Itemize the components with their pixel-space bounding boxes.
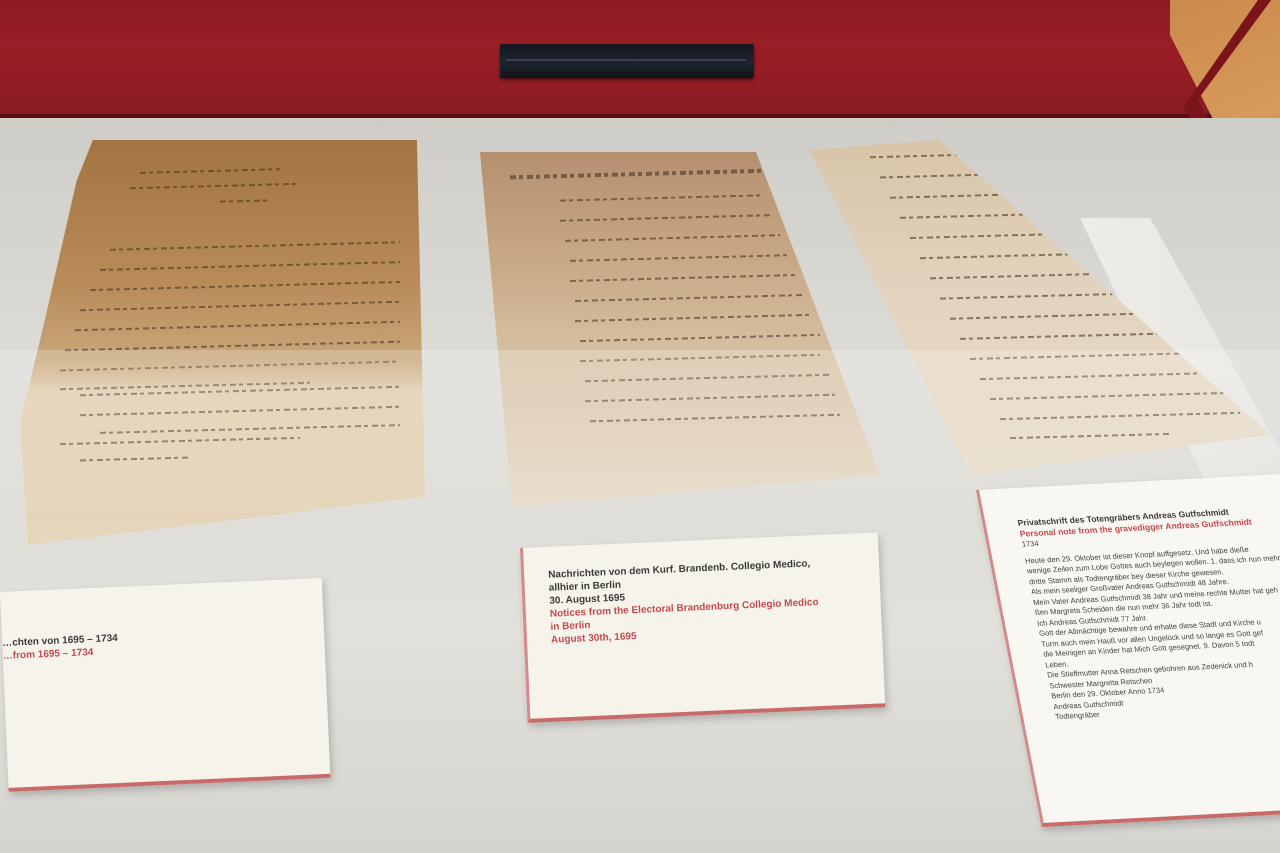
drawer-front: [0, 0, 1250, 118]
label-left: …chten von 1695 – 1734 …from 1695 – 1734: [0, 578, 330, 792]
document-left: [20, 140, 425, 545]
label-center: Nachrichten von dem Kurf. Brandenb. Coll…: [520, 532, 885, 722]
drawer-handle[interactable]: [500, 44, 754, 78]
